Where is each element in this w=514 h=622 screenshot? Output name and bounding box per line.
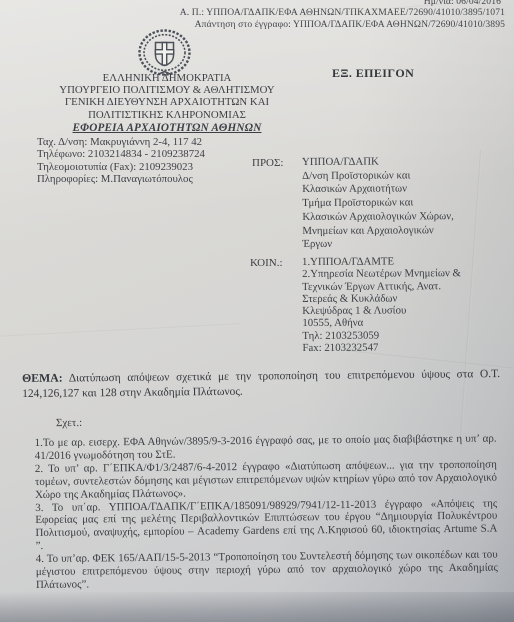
- greek-coat-of-arms-icon: [137, 29, 192, 77]
- cc-recipient-block: 1.ΥΠΠΟΑ/ΓΔΑΜΤΕ 2.Υπηρεσία Νεωτέρων Μνημε…: [302, 255, 461, 354]
- references-label: Σχετ.:: [56, 417, 82, 429]
- information-contact: Πληροφορίες: Μ.Παναγιωτόπουλος: [37, 173, 306, 185]
- letterhead-line: ΓΕΝΙΚΗ ΔΙΕΥΘΥΝΣΗ ΑΡΧΑΙΟΤΗΤΩΝ ΚΑΙ: [28, 96, 306, 108]
- cc-line: 10555, Αθήνα: [302, 317, 461, 330]
- to-line: Έργων: [302, 237, 454, 251]
- to-recipient-block: ΥΠΠΟΑ/ΓΔΑΠΚ Δ/νση Προϊστορικών και Κλασι…: [302, 155, 454, 252]
- cc-line: Τεχνικών Έργων Αττικής, Ανατ.: [302, 280, 461, 293]
- to-line: Μνημείων και Αρχαιολογικών: [302, 224, 454, 238]
- cc-line: Κλεψύδρας 1 & Λυσίου: [302, 304, 461, 317]
- to-line: ΥΠΠΟΑ/ΓΔΑΠΚ: [302, 155, 454, 169]
- photo-edge-shadow: [0, 592, 514, 622]
- subject-paragraph: ΘΕΜΑ: Διατύπωση απόψεων σχετικά με την τ…: [22, 366, 500, 402]
- cc-line: Τηλ: 2103253059: [302, 329, 461, 342]
- to-label: ΠΡΟΣ:: [252, 157, 283, 169]
- reference-item: 3. Το υπ΄αρ. ΥΠΠΟΑ/ΓΔΑΠΚ/Γ΄ΕΠΚΑ/185091/9…: [35, 497, 497, 553]
- reply-reference-line: Απάντηση στο έγγραφο: ΥΠΠΟΑ/ΓΔΑΠΚ/ΕΦΑ ΑΘ…: [195, 19, 505, 30]
- cc-label: ΚΟΙΝ.:: [250, 257, 283, 269]
- to-line: Δ/νση Προϊστορικών και: [302, 169, 454, 183]
- references-list: 1.Το με αρ. εισερχ. ΕΦΑ Αθηνών/3895/9-3-…: [35, 433, 498, 592]
- subject-text: Διατύπωση απόψεων σχετικά με την τροποπο…: [22, 368, 500, 400]
- scanned-document-page: Ημ/νία: 06/04/2016 Α. Π.: ΥΠΠΟΑ/ΓΔΑΠΚ/ΕΦ…: [0, 0, 514, 622]
- reference-item: 4. Το υπ’αρ. ΦΕΚ 165/ΑΑΠ/15-5-2013 “Τροπ…: [36, 549, 498, 592]
- letterhead-line: ΠΟΛΙΤΙΣΤΙΚΗΣ ΚΛΗΡΟΝΟΜΙΑΣ: [28, 109, 306, 121]
- cc-line: 2.Υπηρεσία Νεωτέρων Μνημείων &: [302, 267, 461, 280]
- document-date: Ημ/νία: 06/04/2016: [424, 0, 501, 7]
- to-line: Κλασικών Αρχαιολογικών Χώρων,: [302, 210, 454, 224]
- protocol-number-line: Α. Π.: ΥΠΠΟΑ/ΓΔΑΠΚ/ΕΦΑ ΑΘΗΝΩΝ/ΤΠΚΑΧΜΑΕΕ/…: [180, 7, 505, 18]
- cc-line: Στερεάς & Κυκλάδων: [302, 292, 461, 305]
- to-line: Κλασικών Αρχαιοτήτων: [302, 183, 454, 197]
- cc-line: Fax: 2103232547: [302, 341, 461, 354]
- to-line: Τμήμα Προϊστορικών και: [302, 196, 454, 210]
- cc-line: 1.ΥΠΠΟΑ/ΓΔΑΜΤΕ: [302, 255, 461, 268]
- subject-label: ΘΕΜΑ:: [22, 371, 63, 385]
- letterhead-line: ΥΠΟΥΡΓΕΙΟ ΠΟΛΙΤΙΣΜΟΥ & ΑΘΛΗΤΙΣΜΟΥ: [28, 84, 306, 96]
- urgency-stamp: ΕΞ. ΕΠΕΙΓΟΝ: [332, 66, 414, 81]
- paper-crease: [0, 323, 240, 339]
- letterhead-line: ΕΛΛΗΝΙΚΗ ΔΗΜΟΚΡΑΤΙΑ: [28, 72, 306, 84]
- issuing-department: ΕΦΟΡΕΙΑ ΑΡΧΑΙΟΤΗΤΩΝ ΑΘΗΝΩΝ: [28, 122, 306, 134]
- postal-address: Ταχ. Δ/νση: Μακρυγιάννη 2-4, 117 42: [37, 136, 306, 148]
- reference-item: 2. Το υπ’ αρ. Γ΄ΕΠΚΑ/Φ1/3/2487/6-4-2012 …: [35, 458, 497, 501]
